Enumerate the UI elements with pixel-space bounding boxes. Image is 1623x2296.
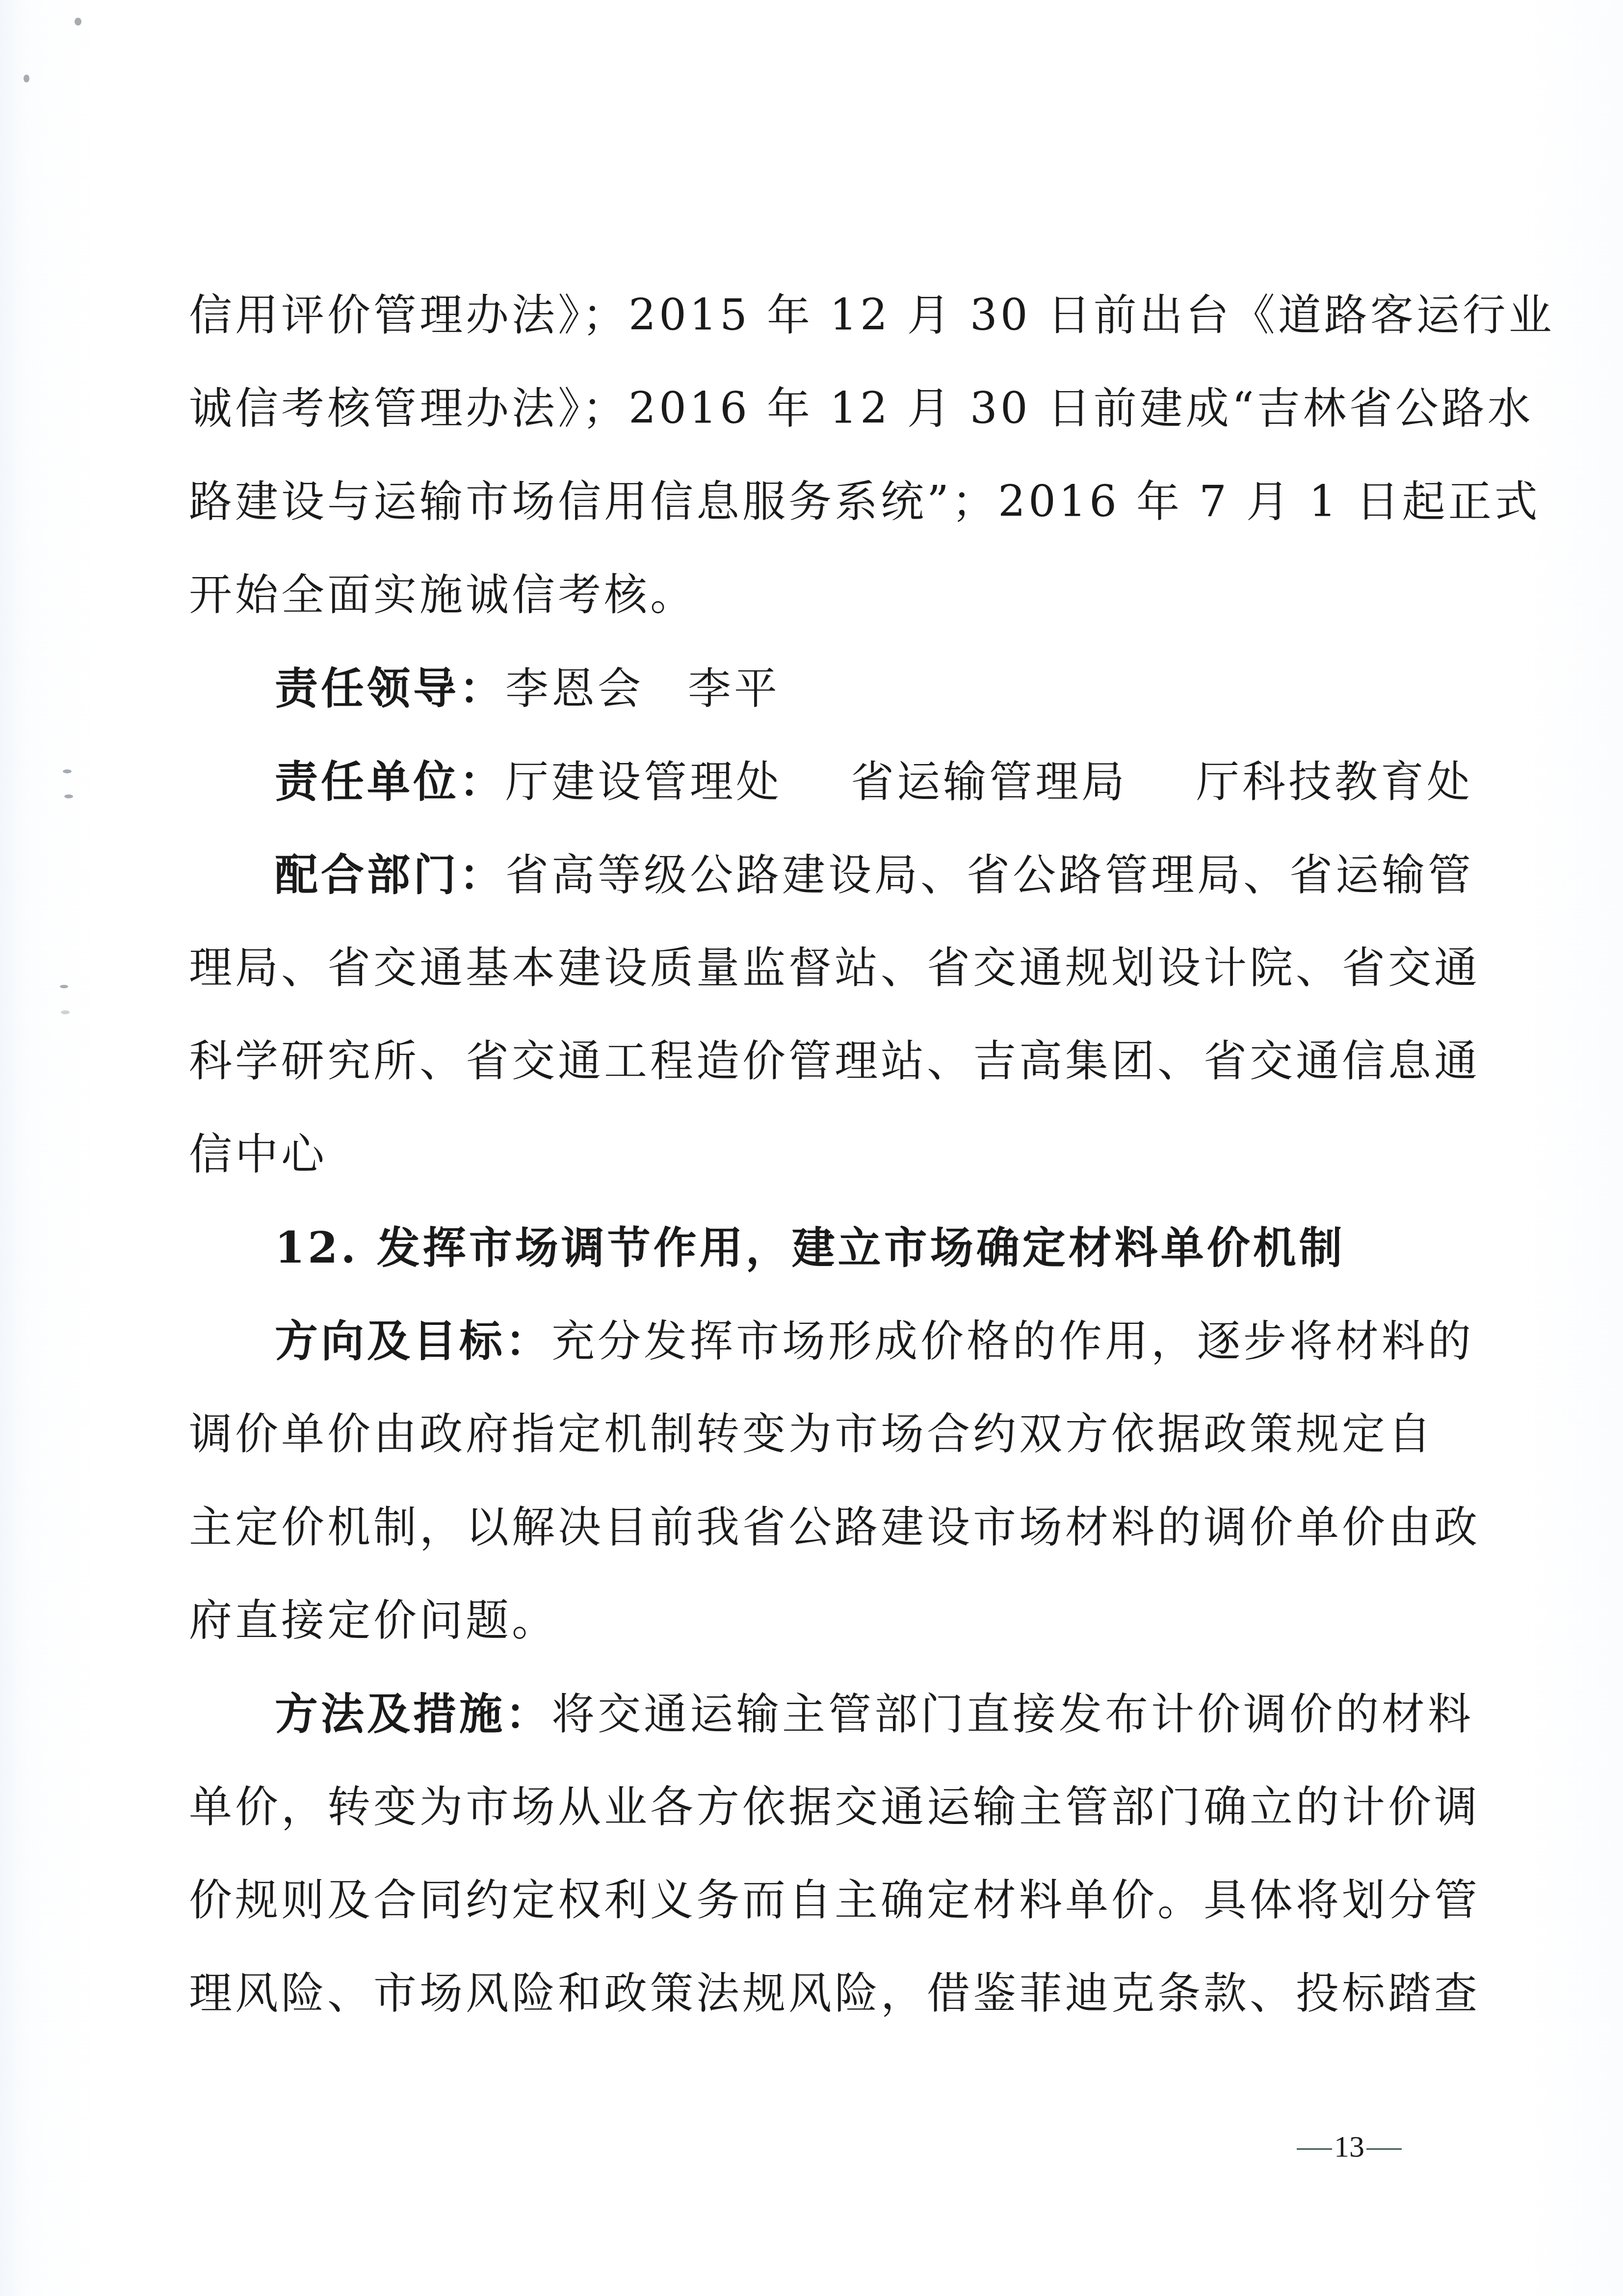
leader-name: 李平 — [688, 663, 780, 713]
direction-line-2: 调价单价由政府指定机制转变为市场合约双方依据政策规定自 — [189, 1404, 1401, 1463]
responsible-units: 责任单位：厅建设管理处省运输管理局厅科技教育处 — [275, 752, 1401, 811]
methods-line-3: 价规则及合同约定权利义务而自主确定材料单价。具体将划分管 — [189, 1871, 1401, 1929]
methods-label: 方法及措施： — [275, 1688, 551, 1739]
responsible-leaders: 责任领导：李恩会李平 — [275, 659, 1401, 717]
direction-line-1: 方向及目标：充分发挥市场形成价格的作用，逐步将材料的 — [275, 1311, 1401, 1370]
body-line-2: 诚信考核管理办法》；2016 年 12 月 30 日前建成“吉林省公路水 — [189, 379, 1401, 438]
methods-line-1: 方法及措施：将交通运输主管部门直接发布计价调价的材料 — [275, 1684, 1401, 1743]
cooperating-departments-label: 配合部门： — [275, 849, 505, 900]
cooperating-departments-line-4: 信中心 — [189, 1125, 1401, 1184]
scan-speck — [60, 985, 68, 988]
scan-speck — [75, 18, 81, 26]
scanned-document-page: 信用评价管理办法》；2015 年 12 月 30 日前出台《道路客运行业 诚信考… — [0, 0, 1623, 2296]
body-line-1: 信用评价管理办法》；2015 年 12 月 30 日前出台《道路客运行业 — [189, 286, 1401, 344]
dash-left — [1297, 2148, 1332, 2150]
section-heading: 12. 发挥市场调节作用，建立市场确定材料单价机制 — [275, 1218, 1401, 1277]
scan-speck — [24, 75, 29, 82]
responsible-units-label: 责任单位： — [275, 756, 505, 807]
cooperating-departments-line-3: 科学研究所、省交通工程造价管理站、吉高集团、省交通信息通 — [189, 1031, 1401, 1090]
unit-name: 省运输管理局 — [851, 756, 1127, 807]
cooperating-departments-text: 省高等级公路建设局、省公路管理局、省运输管 — [505, 849, 1474, 900]
unit-name: 厅科技教育处 — [1196, 756, 1473, 807]
direction-line-4: 府直接定价问题。 — [189, 1591, 1401, 1650]
page-number: 13 — [1290, 2127, 1408, 2166]
methods-text: 将交通运输主管部门直接发布计价调价的材料 — [551, 1689, 1474, 1739]
scan-speck — [63, 769, 72, 773]
body-line-3: 路建设与运输市场信用信息服务系统”；2016 年 7 月 1 日起正式 — [189, 472, 1401, 531]
responsible-leaders-label: 责任领导： — [275, 662, 505, 713]
leader-name: 李恩会 — [505, 663, 644, 713]
methods-line-4: 理风险、市场风险和政策法规风险，借鉴菲迪克条款、投标踏查 — [189, 1964, 1401, 2023]
direction-line-3: 主定价机制，以解决目前我省公路建设市场材料的调价单价由政 — [189, 1498, 1401, 1557]
scan-speck — [61, 1010, 70, 1014]
direction-text: 充分发挥市场形成价格的作用，逐步将材料的 — [551, 1316, 1474, 1366]
methods-line-2: 单价，转变为市场从业各方依据交通运输主管部门确立的计价调 — [189, 1777, 1401, 1836]
cooperating-departments-line-2: 理局、省交通基本建设质量监督站、省交通规划设计院、省交通 — [189, 938, 1401, 997]
page-number-value: 13 — [1334, 2130, 1364, 2164]
scan-speck — [64, 794, 73, 798]
body-line-4: 开始全面实施诚信考核。 — [189, 565, 1401, 624]
cooperating-departments-line-1: 配合部门：省高等级公路建设局、省公路管理局、省运输管 — [275, 845, 1401, 904]
unit-name: 厅建设管理处 — [505, 756, 782, 807]
direction-label: 方向及目标： — [275, 1315, 551, 1366]
dash-right — [1366, 2148, 1402, 2150]
